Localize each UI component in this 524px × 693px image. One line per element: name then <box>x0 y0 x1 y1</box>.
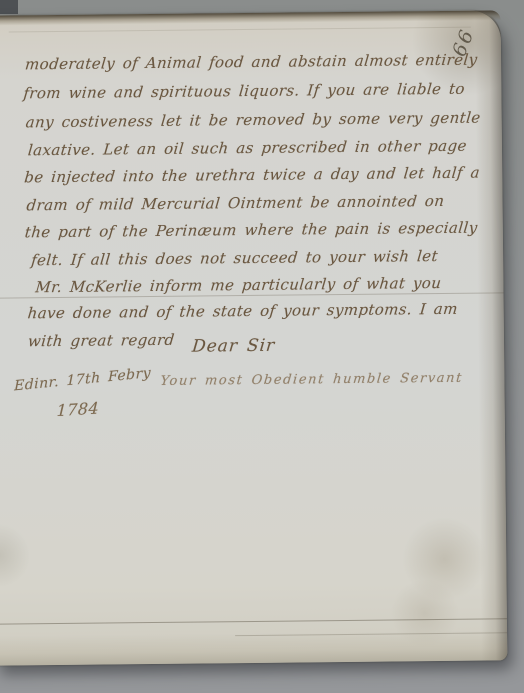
handwritten-line-5: be injected into the urethra twice a day… <box>23 164 480 187</box>
handwritten-line-11: with great regard <box>27 331 175 351</box>
dateline-year: 1784 <box>56 398 99 420</box>
photo-backdrop: 99 moderately of Animal food and abstain… <box>0 0 524 693</box>
fold-crease-bottom <box>0 618 507 624</box>
handwritten-line-2: from wine and spirituous liquors. If you… <box>23 80 466 103</box>
handwritten-line-6: dram of mild Mercurial Ointment be annoi… <box>26 192 445 214</box>
handwritten-line-1: moderately of Animal food and abstain al… <box>24 51 478 74</box>
salutation: Dear Sir <box>191 336 276 357</box>
handwritten-line-7: the part of the Perinæum where the pain … <box>24 219 478 242</box>
handwritten-line-4: laxative. Let an oil such as prescribed … <box>27 137 468 160</box>
handwritten-line-8: felt. If all this does not succeed to yo… <box>30 247 439 269</box>
manuscript-page: 99 moderately of Animal food and abstain… <box>0 10 507 665</box>
handwritten-line-3: any costiveness let it be removed by som… <box>25 109 482 132</box>
handwritten-line-10: have done and of the state of your sympt… <box>27 300 459 323</box>
dateline-place: Edinr. 17th Febry <box>14 365 151 394</box>
backdrop-shadow <box>0 0 18 14</box>
fold-crease-top <box>9 27 471 33</box>
deckled-bottom-edge <box>0 630 507 665</box>
signature-line: Your most Obedient humble Servant <box>160 371 464 389</box>
